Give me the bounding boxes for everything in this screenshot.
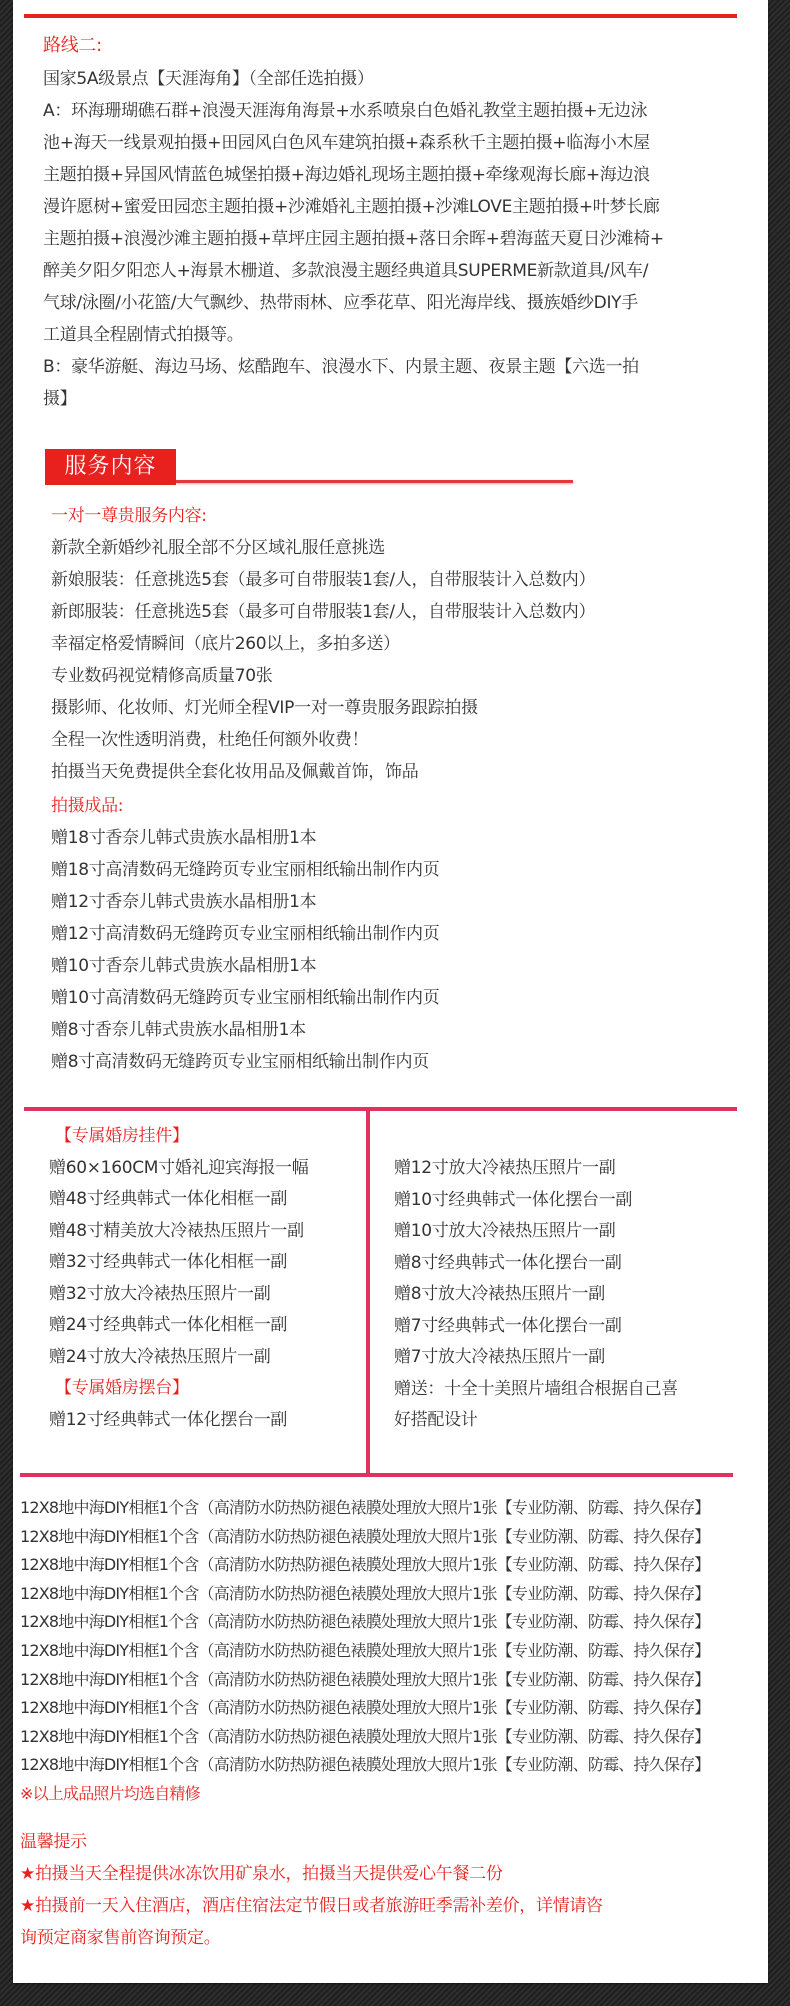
table-item: 赠10寸放大冷裱热压照片一副 xyxy=(394,1216,714,1248)
vip-item: 新郎服装：任意挑选5套（最多可自带服装1套/人，自带服装计入总数内） xyxy=(51,596,595,628)
product-item: 赠10寸香奈儿韩式贵族水晶相册1本 xyxy=(51,950,595,982)
route-line: 主题拍摄+异国风情蓝色城堡拍摄+海边婚礼现场主题拍摄+牵缘观海长廊+海边浪 xyxy=(43,159,728,191)
product-item: 赠8寸香奈儿韩式贵族水晶相册1本 xyxy=(51,1014,595,1046)
route-line: 国家5A级景点【天涯海角】（全部任选拍摄） xyxy=(43,63,728,95)
route-line: B：豪华游艇、海边马场、炫酷跑车、浪漫水下、内景主题、夜景主题【六选一拍 xyxy=(43,351,728,383)
diy-frame-item: 12X8地中海DIY相框1个含（高清防水防热防褪色裱膜处理放大照片1张【专业防潮… xyxy=(20,1666,709,1695)
table-item: 赠7寸经典韩式一体化摆台一副 xyxy=(394,1311,714,1343)
diy-frame-item: 12X8地中海DIY相框1个含（高清防水防热防褪色裱膜处理放大照片1张【专业防潮… xyxy=(20,1637,709,1666)
vip-item: 新款全新婚纱礼服全部不分区域礼服任意挑选 xyxy=(51,532,595,564)
table-item: 好搭配设计 xyxy=(394,1405,714,1437)
section-underline xyxy=(176,480,573,483)
section-title-tag: 服务内容 xyxy=(45,449,176,485)
route-description: 国家5A级景点【天涯海角】（全部任选拍摄） A：环海珊瑚礁石群+浪漫天涯海角海景… xyxy=(43,63,728,415)
table-item: 赠12寸放大冷裱热压照片一副 xyxy=(394,1153,714,1185)
route-line: 摄】 xyxy=(43,383,728,415)
hanging-item: 赠48寸经典韩式一体化相框一副 xyxy=(49,1184,308,1216)
hanging-title: 【专属婚房挂件】 xyxy=(55,1121,308,1153)
frame-bottom-border xyxy=(20,1473,733,1477)
retouch-note: ※以上成品照片均选自精修 xyxy=(20,1780,709,1809)
diy-frame-item: 12X8地中海DIY相框1个含（高清防水防热防褪色裱膜处理放大照片1张【专业防潮… xyxy=(20,1723,709,1752)
tip-line: ★拍摄当天全程提供冰冻饮用矿泉水，拍摄当天提供爱心午餐二份 xyxy=(20,1858,603,1890)
service-list: 一对一尊贵服务内容: 新款全新婚纱礼服全部不分区域礼服任意挑选 新娘服装：任意挑… xyxy=(51,500,595,1078)
diy-frame-item: 12X8地中海DIY相框1个含（高清防水防热防褪色裱膜处理放大照片1张【专业防潮… xyxy=(20,1551,709,1580)
product-item: 赠10寸高清数码无缝跨页专业宝丽相纸输出制作内页 xyxy=(51,982,595,1014)
frame-column-divider xyxy=(366,1111,370,1473)
hanging-item: 赠32寸经典韩式一体化相框一副 xyxy=(49,1247,308,1279)
table-item: 赠送：十全十美照片墙组合根据自己喜 xyxy=(394,1374,714,1406)
frame-top-border xyxy=(24,1107,737,1111)
vip-item: 全程一次性透明消费，杜绝任何额外收费！ xyxy=(51,724,595,756)
route-line: 主题拍摄+浪漫沙滩主题拍摄+草坪庄园主题拍摄+落日余晖+碧海蓝天夏日沙滩椅+ xyxy=(43,223,728,255)
wedding-room-left-column: 【专属婚房挂件】 赠60×160CM寸婚礼迎宾海报一幅 赠48寸经典韩式一体化相… xyxy=(49,1121,308,1436)
route-line: 池+海天一线景观拍摄+田园风白色风车建筑拍摄+森系秋千主题拍摄+临海小木屋 xyxy=(43,127,728,159)
hanging-item: 赠48寸精美放大冷裱热压照片一副 xyxy=(49,1216,308,1248)
table-item: 赠7寸放大冷裱热压照片一副 xyxy=(394,1342,714,1374)
route-line: 工道具全程剧情式拍摄等。 xyxy=(43,319,728,351)
diy-frame-item: 12X8地中海DIY相框1个含（高清防水防热防褪色裱膜处理放大照片1张【专业防潮… xyxy=(20,1523,709,1552)
diy-frame-item: 12X8地中海DIY相框1个含（高清防水防热防褪色裱膜处理放大照片1张【专业防潮… xyxy=(20,1694,709,1723)
tips-block: 温馨提示 ★拍摄当天全程提供冰冻饮用矿泉水，拍摄当天提供爱心午餐二份 ★拍摄前一… xyxy=(20,1826,603,1954)
route-line: 气球/泳圈/小花篮/大气飘纱、热带雨林、应季花草、阳光海岸线、摄族婚纱DIY手 xyxy=(43,287,728,319)
hanging-item: 赠32寸放大冷裱热压照片一副 xyxy=(49,1279,308,1311)
diy-frame-item: 12X8地中海DIY相框1个含（高清防水防热防褪色裱膜处理放大照片1张【专业防潮… xyxy=(20,1608,709,1637)
content-page: 路线二: 国家5A级景点【天涯海角】（全部任选拍摄） A：环海珊瑚礁石群+浪漫天… xyxy=(13,0,768,1983)
tip-line: ★拍摄前一天入住酒店，酒店住宿法定节假日或者旅游旺季需补差价，详情请咨 xyxy=(20,1890,603,1922)
table-item: 赠12寸经典韩式一体化摆台一副 xyxy=(49,1405,308,1437)
product-item: 赠12寸香奈儿韩式贵族水晶相册1本 xyxy=(51,886,595,918)
product-item: 赠18寸香奈儿韩式贵族水晶相册1本 xyxy=(51,822,595,854)
route-line: 漫许愿树+蜜爱田园恋主题拍摄+沙滩婚礼主题拍摄+沙滩LOVE主题拍摄+叶梦长廊 xyxy=(43,191,728,223)
vip-item: 新娘服装：任意挑选5套（最多可自带服装1套/人，自带服装计入总数内） xyxy=(51,564,595,596)
route-title: 路线二: xyxy=(43,30,102,62)
table-item: 赠10寸经典韩式一体化摆台一副 xyxy=(394,1185,714,1217)
tips-title: 温馨提示 xyxy=(20,1826,603,1858)
diy-frame-item: 12X8地中海DIY相框1个含（高清防水防热防褪色裱膜处理放大照片1张【专业防潮… xyxy=(20,1580,709,1609)
top-divider xyxy=(24,14,737,18)
vip-item: 摄影师、化妆师、灯光师全程VIP一对一尊贵服务跟踪拍摄 xyxy=(51,692,595,724)
product-item: 赠18寸高清数码无缝跨页专业宝丽相纸输出制作内页 xyxy=(51,854,595,886)
route-line: 醉美夕阳夕阳恋人+海景木栅道、多款浪漫主题经典道具SUPERME新款道具/风车/ xyxy=(43,255,728,287)
hanging-item: 赠60×160CM寸婚礼迎宾海报一幅 xyxy=(49,1153,308,1185)
diy-frame-item: 12X8地中海DIY相框1个含（高清防水防热防褪色裱膜处理放大照片1张【专业防潮… xyxy=(20,1494,709,1523)
hanging-item: 赠24寸经典韩式一体化相框一副 xyxy=(49,1310,308,1342)
table-item: 赠8寸经典韩式一体化摆台一副 xyxy=(394,1248,714,1280)
tip-line: 询预定商家售前咨询预定。 xyxy=(20,1922,603,1954)
product-item: 赠8寸高清数码无缝跨页专业宝丽相纸输出制作内页 xyxy=(51,1046,595,1078)
vip-item: 幸福定格爱情瞬间（底片260以上，多拍多送） xyxy=(51,628,595,660)
vip-item: 专业数码视觉精修高质量70张 xyxy=(51,660,595,692)
product-item: 赠12寸高清数码无缝跨页专业宝丽相纸输出制作内页 xyxy=(51,918,595,950)
vip-service-title: 一对一尊贵服务内容: xyxy=(51,500,595,532)
wedding-room-right-column: 赠12寸放大冷裱热压照片一副 赠10寸经典韩式一体化摆台一副 赠10寸放大冷裱热… xyxy=(394,1153,714,1437)
route-line: A：环海珊瑚礁石群+浪漫天涯海角海景+水系喷泉白色婚礼教堂主题拍摄+无边泳 xyxy=(43,95,728,127)
diy-frame-item: 12X8地中海DIY相框1个含（高清防水防热防褪色裱膜处理放大照片1张【专业防潮… xyxy=(20,1751,709,1780)
hanging-item: 赠24寸放大冷裱热压照片一副 xyxy=(49,1342,308,1374)
table-title: 【专属婚房摆台】 xyxy=(55,1373,308,1405)
table-item: 赠8寸放大冷裱热压照片一副 xyxy=(394,1279,714,1311)
vip-item: 拍摄当天免费提供全套化妆用品及佩戴首饰，饰品 xyxy=(51,756,595,788)
product-title: 拍摄成品: xyxy=(51,790,595,822)
diy-frames-list: 12X8地中海DIY相框1个含（高清防水防热防褪色裱膜处理放大照片1张【专业防潮… xyxy=(20,1494,709,1809)
